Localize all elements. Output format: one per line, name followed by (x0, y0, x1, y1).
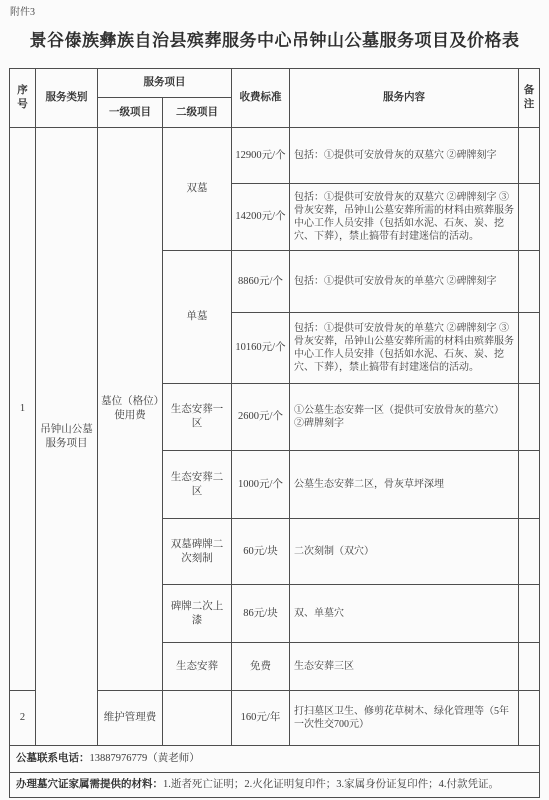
header-service-group: 服务项目 (98, 69, 232, 98)
note-cell (519, 313, 540, 384)
content-cell: 打扫墓区卫生、修剪花草树木、绿化管理等（5年一次性交700元） (290, 691, 519, 746)
fee-cell: 160元/年 (232, 691, 290, 746)
level2-tablet-repaint: 碑牌二次上漆 (163, 585, 232, 643)
note-cell (519, 251, 540, 313)
fee-cell: 10160元/个 (232, 313, 290, 384)
content-cell: 二次刻制（双穴） (290, 519, 519, 585)
attachment-label: 附件3 (10, 3, 35, 18)
contact-value: 13887976779（黄老师） (90, 753, 200, 764)
level1-grave-use-fee: 墓位（格位）使用费 (98, 128, 163, 691)
content-cell: 生态安葬三区 (290, 643, 519, 691)
table-row: 办理墓穴证家属需提供的材料：1.逝者死亡证明；2.火化证明复印件；3.家属身份证… (10, 773, 540, 798)
header-category: 服务类别 (36, 69, 98, 128)
level2-double-tablet-recarve: 双墓碑牌二次刻制 (163, 519, 232, 585)
seq-cell-2: 2 (10, 691, 36, 746)
content-cell: 包括：①提供可安放骨灰的双墓穴 ②碑牌刻字 (290, 128, 519, 184)
header-fee: 收费标准 (232, 69, 290, 128)
content-cell: 双、单墓穴 (290, 585, 519, 643)
note-cell (519, 691, 540, 746)
table-row: 1 吊钟山公墓服务项目 墓位（格位）使用费 双墓 12900元/个 包括：①提供… (10, 128, 540, 184)
table-row: 公墓联系电话：13887976779（黄老师） (10, 746, 540, 773)
level2-double-grave: 双墓 (163, 128, 232, 251)
fee-cell: 免费 (232, 643, 290, 691)
note-cell (519, 519, 540, 585)
seq-cell-1: 1 (10, 128, 36, 691)
content-cell: 包括：①提供可安放骨灰的单墓穴 ②碑牌刻字 (290, 251, 519, 313)
fee-cell: 86元/块 (232, 585, 290, 643)
level1-maintenance-fee: 维护管理费 (98, 691, 163, 746)
contact-label: 公墓联系电话： (16, 753, 90, 764)
materials-value: 1.逝者死亡证明；2.火化证明复印件；3.家属身份证复印件；4.付款凭证。 (163, 779, 499, 790)
price-table: 序号 服务类别 服务项目 收费标准 服务内容 备注 一级项目 二级项目 1 吊钟… (9, 68, 540, 798)
level2-eco-zone1: 生态安葬一区 (163, 384, 232, 451)
level2-empty (163, 691, 232, 746)
level2-eco-zone2: 生态安葬二区 (163, 451, 232, 519)
page-title: 景谷傣族彝族自治县殡葬服务中心吊钟山公墓服务项目及价格表 (0, 26, 549, 51)
header-level1: 一级项目 (98, 98, 163, 128)
fee-cell: 2600元/个 (232, 384, 290, 451)
level2-eco-burial: 生态安葬 (163, 643, 232, 691)
fee-cell: 60元/块 (232, 519, 290, 585)
note-cell (519, 451, 540, 519)
materials-row: 办理墓穴证家属需提供的材料：1.逝者死亡证明；2.火化证明复印件；3.家属身份证… (10, 773, 540, 798)
note-cell (519, 643, 540, 691)
header-level2: 二级项目 (163, 98, 232, 128)
header-note: 备注 (519, 69, 540, 128)
materials-label: 办理墓穴证家属需提供的材料： (16, 779, 163, 790)
content-cell: ①公墓生态安葬一区（提供可安放骨灰的墓穴） ②碑牌刻字 (290, 384, 519, 451)
fee-cell: 14200元/个 (232, 184, 290, 251)
fee-cell: 12900元/个 (232, 128, 290, 184)
note-cell (519, 128, 540, 184)
note-cell (519, 585, 540, 643)
contact-row: 公墓联系电话：13887976779（黄老师） (10, 746, 540, 773)
content-cell: 公墓生态安葬二区，骨灰草坪深埋 (290, 451, 519, 519)
level2-single-grave: 单墓 (163, 251, 232, 384)
content-cell: 包括：①提供可安放骨灰的双墓穴 ②碑牌刻字 ③骨灰安葬，吊钟山公墓安葬所需的材料… (290, 184, 519, 251)
fee-cell: 1000元/个 (232, 451, 290, 519)
note-cell (519, 184, 540, 251)
content-cell: 包括：①提供可安放骨灰的单墓穴 ②碑牌刻字 ③骨灰安葬，吊钟山公墓安葬所需的材料… (290, 313, 519, 384)
fee-cell: 8860元/个 (232, 251, 290, 313)
note-cell (519, 384, 540, 451)
header-seq: 序号 (10, 69, 36, 128)
header-content: 服务内容 (290, 69, 519, 128)
category-cell: 吊钟山公墓服务项目 (36, 128, 98, 746)
